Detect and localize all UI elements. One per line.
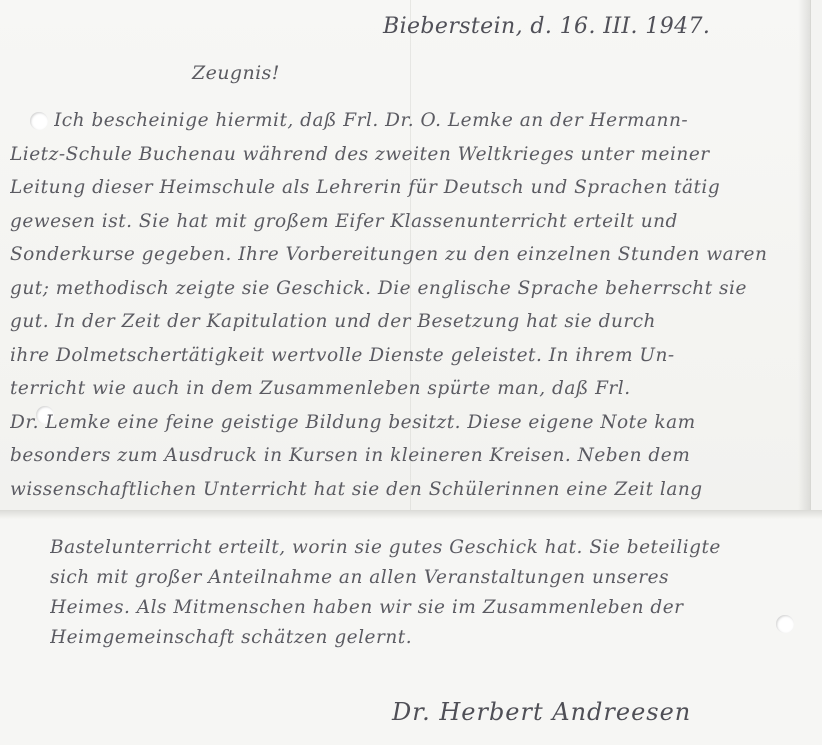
punch-hole-top [30, 112, 48, 130]
text-line: terricht wie auch in dem Zusammenleben s… [10, 378, 810, 399]
text-line: gut; methodisch zeigte sie Geschick. Die… [10, 278, 810, 299]
text-line: Heimgemeinschaft schätzen gelernt. [50, 627, 822, 648]
text-line: Leitung dieser Heimschule als Lehrerin f… [10, 177, 810, 198]
letter-heading: Zeugnis! [192, 62, 280, 84]
text-line: wissenschaftlichen Unterricht hat sie de… [10, 479, 810, 500]
text-line: Heimes. Als Mitmenschen haben wir sie im… [50, 597, 822, 618]
text-line: gewesen ist. Sie hat mit großem Eifer Kl… [10, 211, 810, 232]
text-line: Dr. Lemke eine feine geistige Bildung be… [10, 412, 810, 433]
text-line: Bastelunterricht erteilt, worin sie gute… [50, 537, 822, 558]
text-line: sich mit großer Anteilnahme an allen Ver… [50, 567, 822, 588]
place-date-line: Bieberstein, d. 16. III. 1947. [383, 14, 710, 39]
signature: Dr. Herbert Andreesen [392, 698, 691, 726]
text-line: gut. In der Zeit der Kapitulation und de… [10, 311, 810, 332]
text-line: Ich bescheinige hiermit, daß Frl. Dr. O.… [54, 110, 822, 131]
text-line: ihre Dolmetschertätigkeit wertvolle Dien… [10, 345, 810, 366]
text-line: Sonderkurse gegeben. Ihre Vorbereitungen… [10, 244, 810, 265]
text-line: besonders zum Ausdruck in Kursen in klei… [10, 445, 810, 466]
text-line: Lietz-Schule Buchenau während des zweite… [10, 144, 810, 165]
